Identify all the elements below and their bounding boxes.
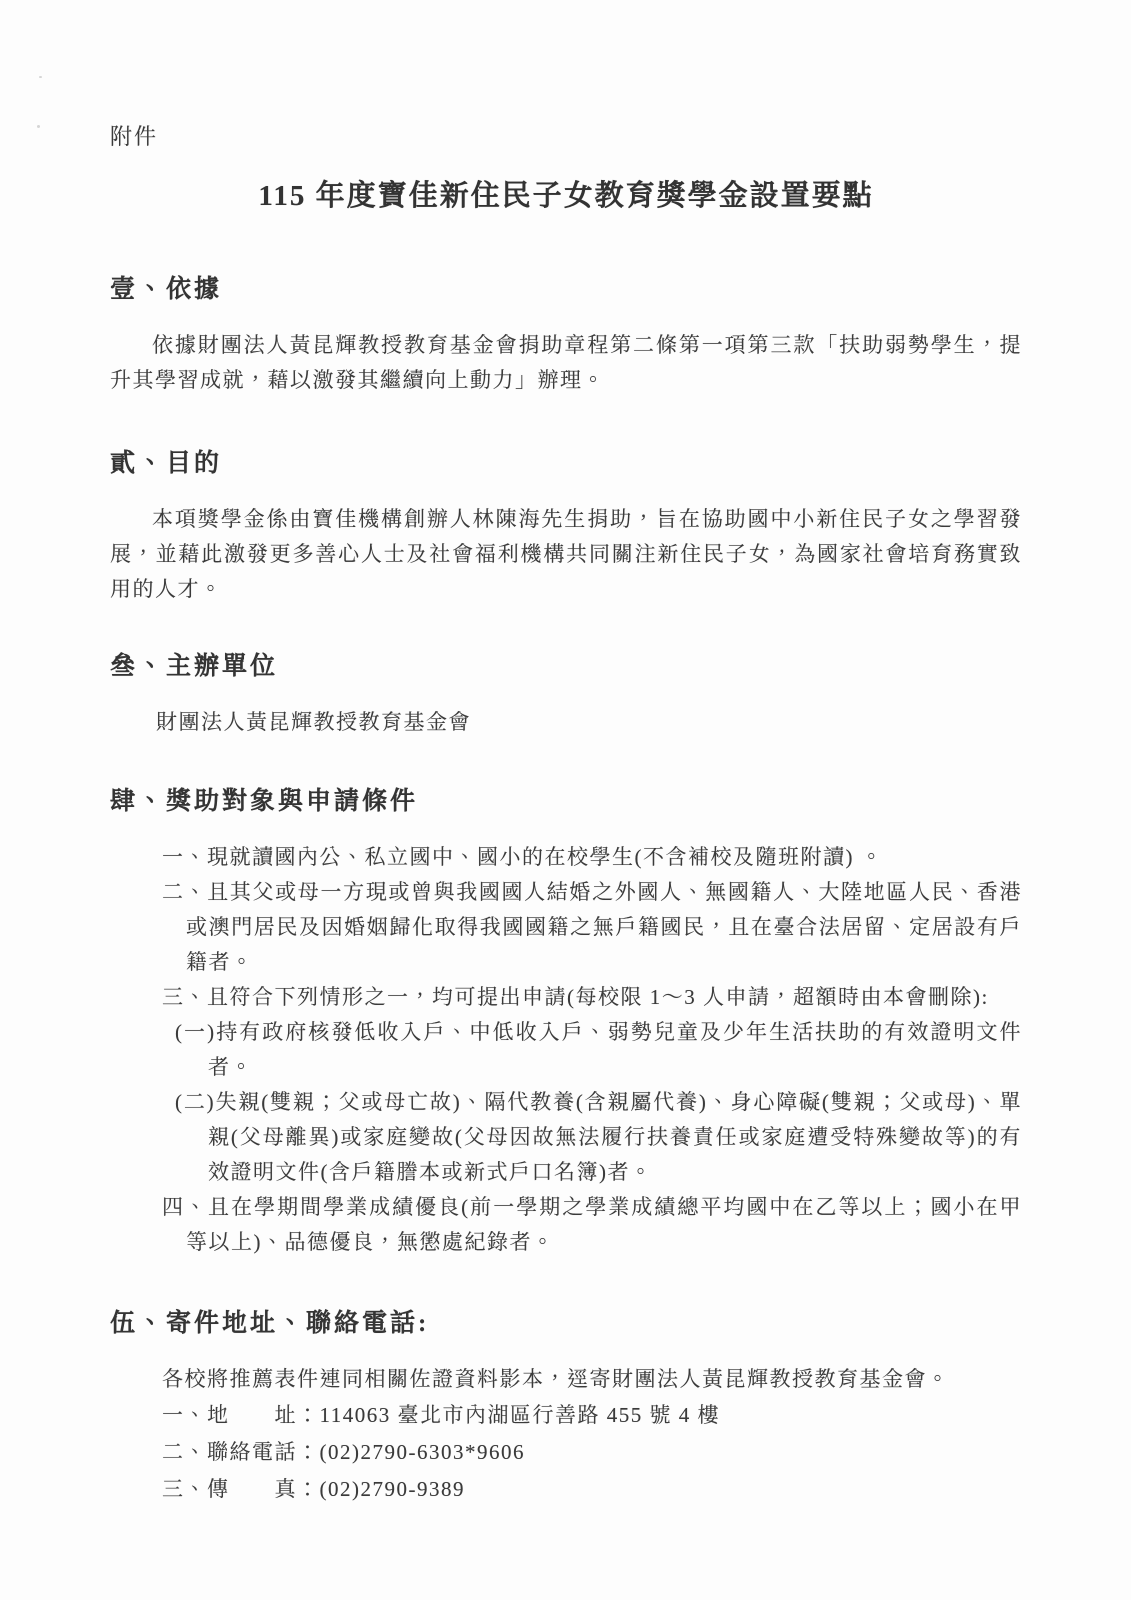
section-basis-heading: 壹、依據 xyxy=(110,272,1022,308)
contact-address-line: 一、地 址：114063 臺北市內湖區行善路 455 號 4 樓 xyxy=(162,1397,1022,1434)
section-basis-paragraph: 依據財團法人黃昆輝教授教育基金會捐助章程第二條第一項第三款「扶助弱勢學生，提升其… xyxy=(110,328,1022,398)
list-subitem-2: (二)失親(雙親；父或母亡故)、隔代教養(含親屬代養)、身心障礙(雙親；父或母)… xyxy=(175,1085,1022,1190)
contact-fax-line: 三、傳 真：(02)2790-9389 xyxy=(162,1471,1022,1508)
list-item-2: 二、且其父或母一方現或曾與我國國人結婚之外國人、無國籍人、大陸地區人民、香港或澳… xyxy=(162,875,1022,980)
list-item-4: 四、且在學期間學業成績優良(前一學期之學業成績總平均國中在乙等以上；國小在甲等以… xyxy=(162,1190,1022,1260)
section-purpose: 貳、目的 本項獎學金係由寶佳機構創辦人林陳海先生捐助，旨在協助國中小新住民子女之… xyxy=(110,446,1022,607)
section-eligibility-heading: 肆、獎助對象與申請條件 xyxy=(110,784,1022,820)
contact-intro: 各校將推薦表件連同相關佐證資料影本，逕寄財團法人黃昆輝教授教育基金會。 xyxy=(162,1362,1022,1397)
list-item-3: 三、且符合下列情形之一，均可提出申請(每校限 1～3 人申請，超額時由本會刪除)… xyxy=(162,980,1022,1015)
list-item-1: 一、現就讀國內公、私立國中、國小的在校學生(不含補校及隨班附讀) 。 xyxy=(162,840,1022,875)
list-subitem-1: (一)持有政府核發低收入戶、中低收入戶、弱勢兒童及少年生活扶助的有效證明文件者。 xyxy=(175,1015,1022,1085)
section-purpose-heading: 貳、目的 xyxy=(110,446,1022,482)
section-basis: 壹、依據 依據財團法人黃昆輝教授教育基金會捐助章程第二條第一項第三款「扶助弱勢學… xyxy=(110,272,1022,398)
document-page: 附件 115 年度寶佳新住民子女教育獎學金設置要點 壹、依據 依據財團法人黃昆輝… xyxy=(0,0,1131,1600)
section-purpose-paragraph: 本項獎學金係由寶佳機構創辦人林陳海先生捐助，旨在協助國中小新住民子女之學習發展，… xyxy=(110,502,1022,607)
section-contact: 伍、寄件地址、聯絡電話: 各校將推薦表件連同相關佐證資料影本，逕寄財團法人黃昆輝… xyxy=(110,1306,1022,1508)
contact-phone-line: 二、聯絡電話：(02)2790-6303*9606 xyxy=(162,1434,1022,1471)
section-eligibility: 肆、獎助對象與申請條件 一、現就讀國內公、私立國中、國小的在校學生(不含補校及隨… xyxy=(110,784,1022,1260)
scan-speck xyxy=(39,76,42,78)
scan-speck xyxy=(803,1206,806,1209)
attachment-label: 附件 xyxy=(110,124,1022,150)
section-contact-heading: 伍、寄件地址、聯絡電話: xyxy=(110,1306,1022,1342)
document-title: 115 年度寶佳新住民子女教育獎學金設置要點 xyxy=(110,176,1022,216)
scan-speck xyxy=(37,125,40,128)
section-organizer-heading: 叄、主辦單位 xyxy=(110,649,1022,685)
section-organizer-paragraph: 財團法人黃昆輝教授教育基金會 xyxy=(156,705,1022,740)
section-organizer: 叄、主辦單位 財團法人黃昆輝教授教育基金會 xyxy=(110,649,1022,740)
